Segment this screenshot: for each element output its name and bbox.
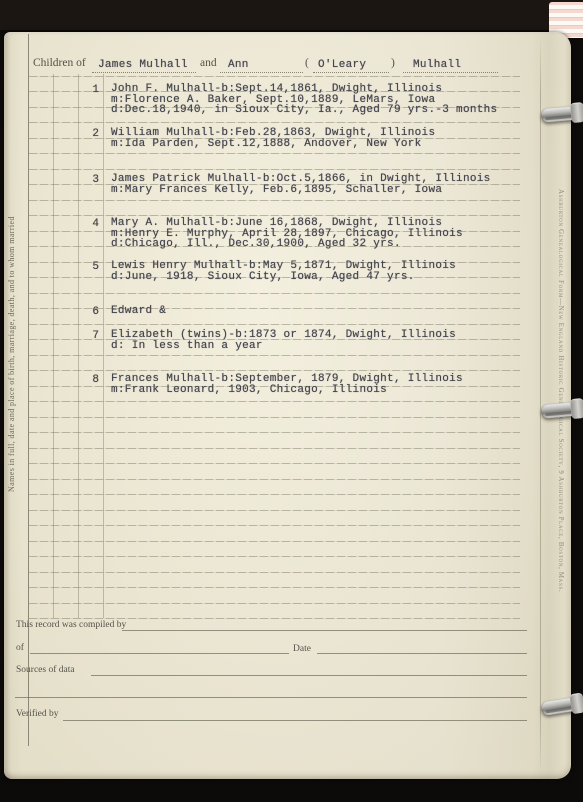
- sources-label: Sources of data: [16, 665, 75, 675]
- ruled-line: [29, 618, 520, 619]
- entry-line: William Mulhall-b:Feb.28,1863, Dwight, I…: [111, 128, 435, 139]
- child-entry-text: Frances Mulhall-b:September, 1879, Dwigh…: [111, 374, 463, 395]
- child-number: 8: [76, 374, 99, 386]
- child-entry-text: Lewis Henry Mulhall-b:May 5,1871, Dwight…: [111, 261, 456, 282]
- entry-line: m:Frank Leonard, 1903, Chicago, Illinois: [111, 385, 463, 396]
- entry-line: James Patrick Mulhall-b:Oct.5,1866, in D…: [111, 174, 491, 185]
- father-name-value: James Mulhall: [98, 59, 188, 71]
- entry-line: John F. Mulhall-b:Sept.14,1861, Dwight, …: [111, 84, 497, 95]
- binder-ring-icon: [540, 401, 581, 418]
- column-rule: [103, 74, 104, 618]
- entry-line: Mary A. Mulhall-b:June 16,1868, Dwight, …: [111, 218, 463, 229]
- mother-surname-blank: [403, 71, 498, 73]
- mother-first-blank: [220, 71, 303, 73]
- scanned-genealogy-form: Children of James Mulhall and Ann ( O'Le…: [0, 0, 583, 802]
- maiden-name-value: O'Leary: [318, 59, 366, 71]
- verified-by-label: Verified by: [16, 709, 58, 719]
- left-margin-caption: Names in full, date and place of birth, …: [7, 158, 22, 550]
- paren-open: (: [305, 57, 309, 69]
- child-number: 7: [76, 330, 99, 342]
- left-margin-rule: [28, 34, 29, 746]
- child-entry-text: Edward &: [111, 306, 166, 317]
- entry-line: Lewis Henry Mulhall-b:May 5,1871, Dwight…: [111, 261, 456, 272]
- column-rule: [53, 74, 54, 618]
- binding-fold-line: [540, 36, 541, 774]
- mother-surname-value: Mulhall: [413, 59, 461, 71]
- of-line: [30, 653, 289, 654]
- entry-line: Edward &: [111, 306, 166, 317]
- entry-line: m:Ida Parden, Sept.12,1888, Andover, New…: [111, 139, 435, 150]
- compiled-by-line: [122, 630, 527, 631]
- child-number: 3: [76, 174, 99, 186]
- child-number: 6: [76, 306, 99, 318]
- binder-ring-icon: [540, 105, 581, 122]
- right-margin-caption: Ashburton Genealogical Form—New England …: [550, 136, 564, 646]
- date-label: Date: [293, 644, 311, 654]
- verified-by-line: [63, 720, 527, 721]
- compiled-by-label: This record was compiled by: [16, 620, 126, 630]
- child-entry-text: James Patrick Mulhall-b:Oct.5,1866, in D…: [111, 174, 491, 195]
- child-entry-text: Mary A. Mulhall-b:June 16,1868, Dwight, …: [111, 218, 463, 250]
- sources-line: [91, 675, 527, 676]
- and-label: and: [200, 57, 217, 69]
- entry-line: Frances Mulhall-b:September, 1879, Dwigh…: [111, 374, 463, 385]
- child-number: 2: [76, 128, 99, 140]
- child-number: 1: [76, 84, 99, 96]
- entry-line: m:Mary Frances Kelly, Feb.6,1895, Schall…: [111, 185, 491, 196]
- child-number: 4: [76, 218, 99, 230]
- entry-line: d:Chicago, Ill., Dec.30,1900, Aged 32 yr…: [111, 239, 463, 250]
- maiden-name-blank: [313, 71, 389, 73]
- child-number: 5: [76, 261, 99, 273]
- paren-close: ): [391, 57, 395, 69]
- child-entry-text: Elizabeth (twins)-b:1873 or 1874, Dwight…: [111, 330, 456, 351]
- mother-first-value: Ann: [228, 59, 249, 71]
- entry-line: Elizabeth (twins)-b:1873 or 1874, Dwight…: [111, 330, 456, 341]
- sources-line-2: [15, 697, 527, 698]
- children-of-label: Children of: [33, 57, 86, 69]
- entry-line: d:June, 1918, Sioux City, Iowa, Aged 47 …: [111, 272, 456, 283]
- father-name-blank: [92, 71, 196, 73]
- child-entry-text: William Mulhall-b:Feb.28,1863, Dwight, I…: [111, 128, 435, 149]
- date-line: [317, 653, 527, 654]
- column-rule: [78, 74, 79, 618]
- child-entry-text: John F. Mulhall-b:Sept.14,1861, Dwight, …: [111, 84, 497, 116]
- entry-line: d:Dec.18,1940, in Sioux City, Ia., Aged …: [111, 105, 497, 116]
- entry-line: d: In less than a year: [111, 341, 456, 352]
- of-label: of: [16, 643, 24, 653]
